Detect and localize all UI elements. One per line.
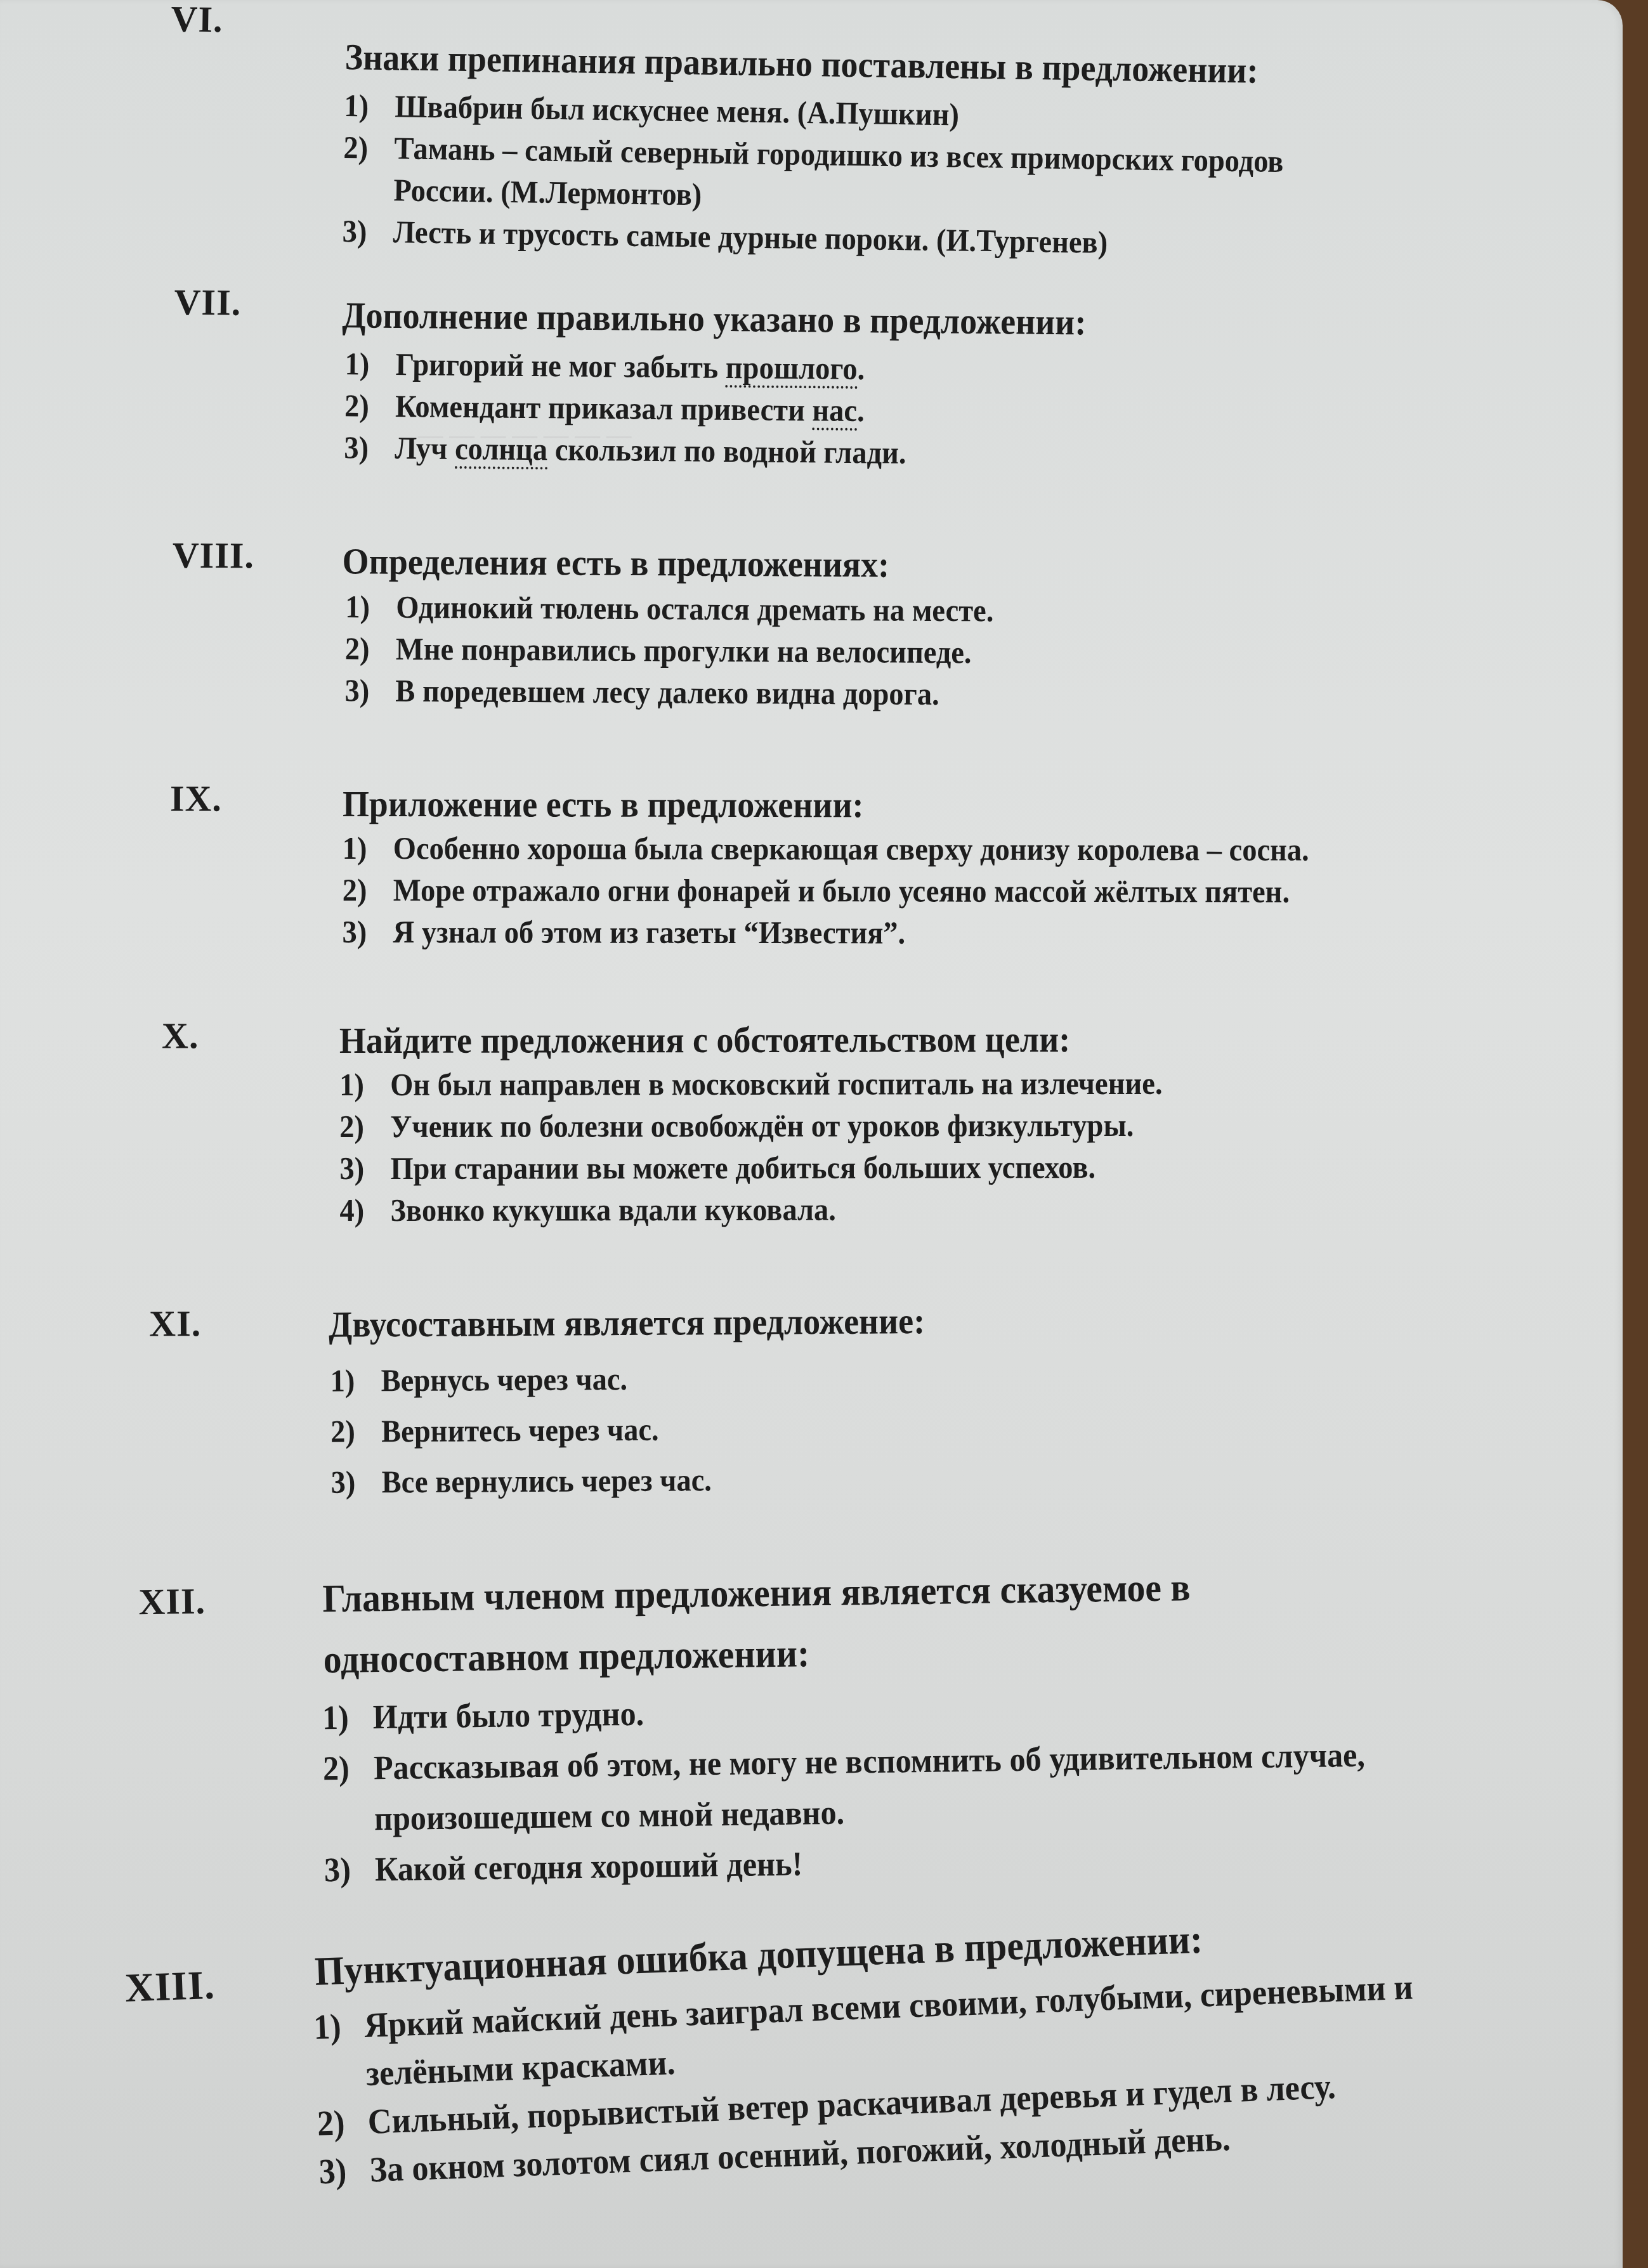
question-number: XII.	[138, 1580, 206, 1623]
question-6: VI. Знаки препинания правильно поставлен…	[0, 0, 1586, 23]
option-2[interactable]: 2)Море отражало огни фонарей и было усея…	[343, 869, 1309, 913]
object-underline: прошлого	[726, 349, 858, 389]
option-2[interactable]: 2)Тамань – самый северный городишко из в…	[343, 126, 1284, 224]
option-2[interactable]: 2)Вернитесь через час.	[330, 1404, 712, 1457]
question-title: Определения есть в предложениях:	[342, 535, 889, 591]
question-9: IX. Приложение есть в предложении: 1)Осо…	[0, 777, 1586, 779]
object-underline: солнца	[455, 431, 548, 469]
option-2[interactable]: 2)Комендант приказал привести нас.	[344, 384, 907, 432]
options-list: 1)Григорий не мог забыть прошлого. 2)Ком…	[344, 342, 950, 474]
option-4[interactable]: 4)Звонко кукушка вдали куковала.	[339, 1188, 1162, 1231]
question-title: Приложение есть в предложении:	[343, 778, 864, 831]
option-1[interactable]: 1)Он был направлен в московский госпитал…	[339, 1062, 1162, 1105]
question-10: X. Найдите предложения с обстоятельством…	[0, 1012, 1586, 1015]
question-number: VI.	[171, 0, 223, 41]
question-number: VIII.	[173, 534, 255, 577]
question-13: XIII. Пунктуационная ошибка допущена в п…	[0, 1898, 1585, 1957]
options-list: 1)Вернусь через час. 2)Вернитесь через ч…	[330, 1353, 741, 1508]
option-2[interactable]: 2)Ученик по болезни освобождён от уроков…	[339, 1104, 1162, 1147]
options-list: 1)Идти было трудно. 2)Рассказывая об это…	[322, 1678, 1445, 1895]
question-8: VIII. Определения есть в предложениях: 1…	[0, 533, 1586, 542]
option-2[interactable]: 2)Мне понравились прогулки на велосипеде…	[345, 627, 993, 673]
question-11: XI. Двусоставным является предложение: 1…	[0, 1294, 1586, 1303]
question-12: XII. Главным членом предложения является…	[0, 1558, 1586, 1579]
question-title: Двусоставным является предложение:	[329, 1294, 925, 1352]
question-title: Дополнение правильно указано в предложен…	[342, 289, 1087, 349]
option-3[interactable]: 3)Все вернулись через час.	[330, 1454, 712, 1508]
option-3[interactable]: 3)Луч солнца скользил по водной глади.	[344, 426, 906, 474]
question-number: VII.	[174, 281, 241, 324]
object-underline: нас	[812, 392, 857, 431]
option-3[interactable]: 3)Я узнал об этом из газеты “Известия”.	[343, 911, 1309, 955]
question-title-line2: односоставном предложении:	[323, 1623, 810, 1690]
option-1[interactable]: 1)Григорий не мог забыть прошлого.	[344, 342, 907, 390]
paper-sheet: — — — — — — — VI. Знаки препинания прави…	[0, 0, 1623, 2268]
option-3[interactable]: 3)В поредевшем лесу далеко видна дорога.	[344, 669, 993, 715]
question-number: IX.	[170, 777, 222, 819]
option-1[interactable]: 1)Одинокий тюлень остался дремать на мес…	[345, 585, 993, 631]
option-1[interactable]: 1)Особенно хороша была сверкающая сверху…	[343, 827, 1309, 871]
options-list: 1)Одинокий тюлень остался дремать на мес…	[344, 585, 1042, 715]
options-list: 1)Особенно хороша была сверкающая сверху…	[343, 827, 1382, 955]
question-7: VII. Дополнение правильно указано в пред…	[0, 279, 1586, 294]
question-title: Главным членом предложения является сказ…	[322, 1557, 1191, 1629]
question-title: Найдите предложения с обстоятельством це…	[339, 1013, 1070, 1067]
options-list: 1)Швабрин был искуснее меня. (А.Пушкин) …	[342, 84, 1355, 267]
options-list: 1)Он был направлен в московский госпитал…	[339, 1062, 1224, 1231]
question-number: XIII.	[124, 1962, 216, 2012]
question-number: XI.	[149, 1302, 201, 1345]
option-3[interactable]: 3)При старании вы можете добиться больши…	[339, 1146, 1162, 1189]
options-list: 1)Яркий майский день заиграл всеми своим…	[313, 1960, 1501, 2196]
option-2[interactable]: 2)Рассказывая об этом, не могу не вспомн…	[322, 1730, 1366, 1844]
question-number: X.	[162, 1014, 199, 1057]
option-1[interactable]: 1)Вернусь через час.	[330, 1353, 712, 1406]
